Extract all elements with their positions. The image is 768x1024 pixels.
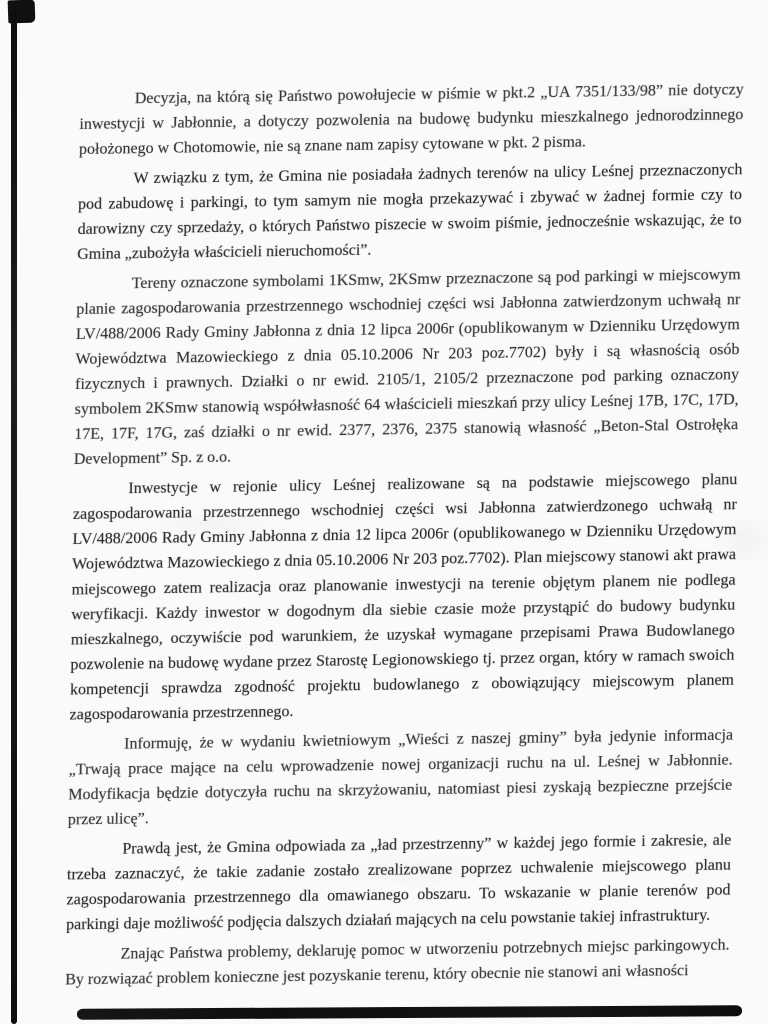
scan-artifact-bottom-edge-bar <box>77 1005 742 1019</box>
scanned-letter-page: Decyzja, na którą się Państwo powołujeci… <box>0 0 768 1024</box>
paragraph-spatial-order-responsibility: Prawdą jest, że Gmina odpowiada za „ład … <box>66 827 732 937</box>
paragraph-declaration-of-help: Znając Państwa problemy, deklaruję pomoc… <box>65 932 730 992</box>
paragraph-gmina-no-land: W związku z tym, że Gmina nie posiadała … <box>77 157 743 267</box>
paragraph-parking-plots-ownership: Tereny oznaczone symbolami 1KSmw, 2KSmw … <box>74 262 741 472</box>
paragraph-decision-reference: Decyzja, na którą się Państwo powołujeci… <box>79 77 744 162</box>
scan-artifact-left-edge-line <box>11 10 17 1024</box>
paragraph-investments-local-plan: Inwestycje w rejonie ulicy Leśnej realiz… <box>69 467 737 727</box>
paragraph-newsletter-information: Informuję, że w wydaniu kwietniowym „Wie… <box>68 722 734 832</box>
letter-body: Decyzja, na którą się Państwo powołujeci… <box>65 77 744 992</box>
